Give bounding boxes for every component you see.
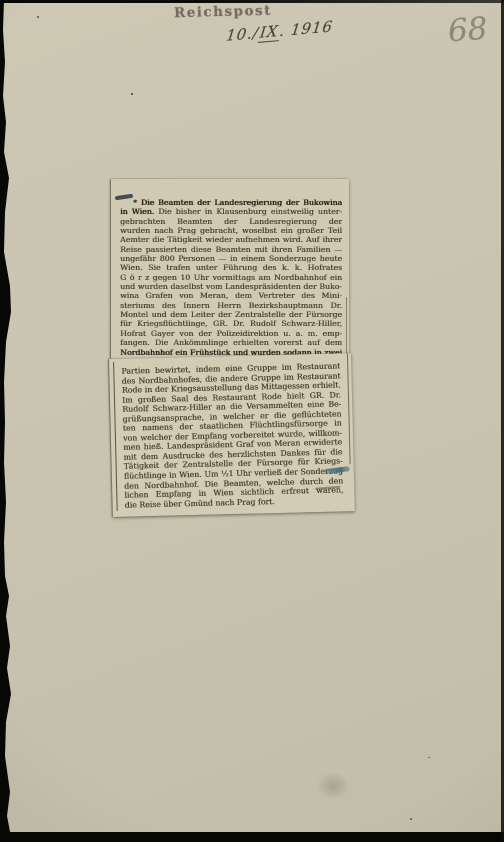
newspaper-clipping-top: * Die Beamten der Landesregierung der Bu… [111,179,349,359]
paper-speck [428,757,430,758]
print-line: Hofrat Gayer von der Polizeidirektion u.… [120,329,342,338]
paper-speck [148,487,149,488]
paper-speck [37,16,39,18]
print-line: wurden nach Prag gebracht, woselbst ein … [120,226,342,235]
page-number-handwritten: 68 [447,11,489,50]
paper-speck [410,818,412,820]
paper-stain [316,772,350,800]
print-line: Montel und dem Leiter der Zentralstelle … [120,310,342,319]
print-line: Reise passierten diese Beamten mit ihren… [120,245,342,254]
clipping-text-top: * Die Beamten der Landesregierung der Bu… [120,198,342,357]
print-line: und wurden daselbst vom Landespräsidente… [120,282,342,291]
reichspost-stamp: Reichspost [174,3,266,21]
print-line: für Kriegsflüchtlinge, GR. Dr. Rudolf Sc… [120,319,342,328]
print-line: wina Grafen von Meran, dem Vertreter des… [120,291,342,300]
torn-page-edge-left [0,0,14,842]
date-month-roman: IX [258,22,281,43]
clipping-text-bottom: Partien bewirtet, indem eine Gruppe im R… [121,361,343,510]
scan-edge-bottom [0,832,504,842]
handwritten-date: 10./IX. 1916 [225,17,334,45]
print-line: ungefähr 800 Personen — in einem Sonderz… [120,254,342,263]
scan-edge-top [0,0,504,3]
scanned-archive-page: Reichspost 10./IX. 1916 68 * Die Beamten… [0,0,504,842]
column-rule-right [346,297,347,357]
paper-speck [131,93,133,95]
print-line: fangen. Die Ankömmlinge erhielten vorers… [120,338,342,347]
print-line: steriums des Innern Herrn Bezirkshauptma… [120,301,342,310]
print-line: in Wien. Die bisher in Klausenburg einst… [120,207,342,216]
newspaper-clipping-bottom: Partien bewirtet, indem eine Gruppe im R… [109,353,355,517]
date-day: 10./ [225,24,260,45]
print-line: * Die Beamten der Landesregierung der Bu… [120,198,342,207]
print-line: Wien. Sie trafen unter Führung des k. k.… [120,263,342,272]
date-year: . 1916 [278,17,334,40]
print-line: G ö r z gegen 10 Uhr vormittags am Nordb… [120,273,342,282]
print-line: gebrachten Beamten der Landesregierung d… [120,217,342,226]
print-line: Aemter die Tätigkeit wieder aufnehmen wi… [120,235,342,244]
